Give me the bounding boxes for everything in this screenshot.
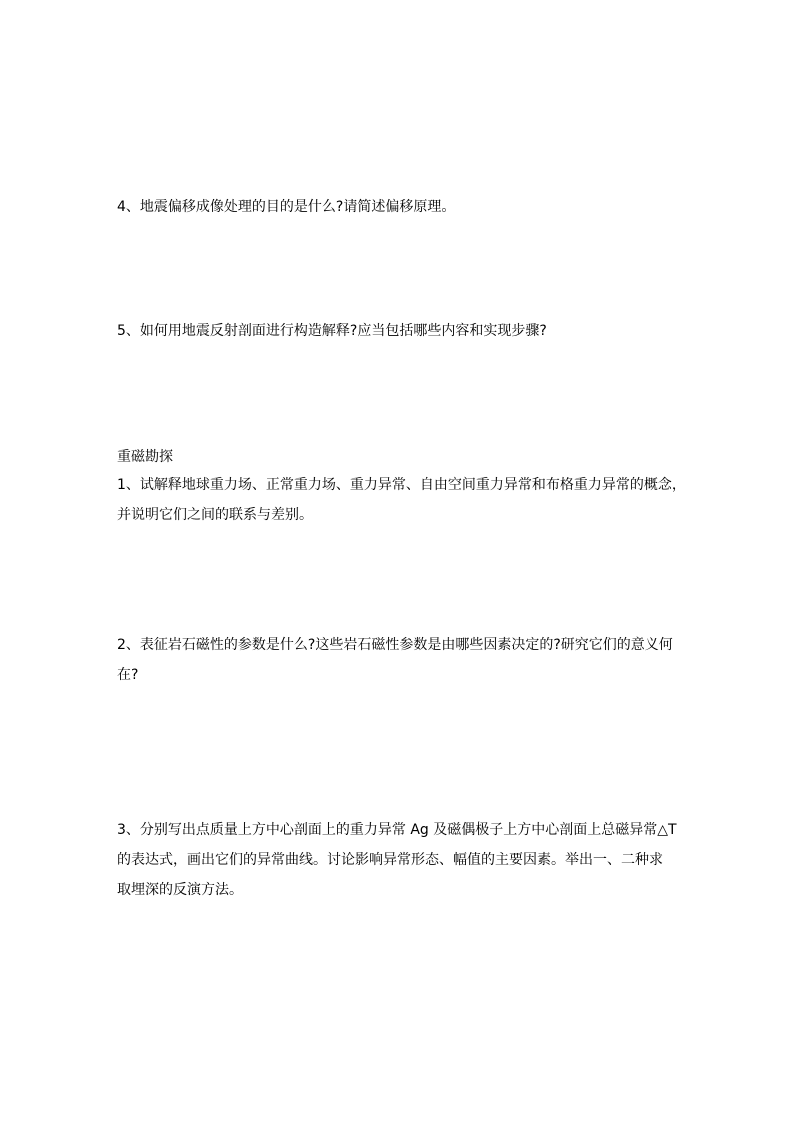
question-4-text: 4、地震偏移成像处理的目的是什么?请简述偏移原理。 xyxy=(117,192,707,222)
question-5-text: 5、如何用地震反射剖面进行构造解释?应当包括哪些内容和实现步骤? xyxy=(117,316,707,346)
section-heading-gravity-magnetic: 重磁勘探 xyxy=(117,442,707,472)
question-2-text-line-2: 在? xyxy=(117,660,707,690)
question-3: 3、分别写出点质量上方中心剖面上的重力异常 Ag 及磁偶极子上方中心剖面上总磁异… xyxy=(117,815,707,905)
question-3-text-line-3: 取埋深的反演方法。 xyxy=(117,875,707,905)
question-4: 4、地震偏移成像处理的目的是什么?请简述偏移原理。 xyxy=(117,192,707,222)
question-1-text-line-1: 1、试解释地球重力场、正常重力场、重力异常、自由空间重力异常和布格重力异常的概念… xyxy=(117,470,707,500)
question-2-text-line-1: 2、表征岩石磁性的参数是什么?这些岩石磁性参数是由哪些因素决定的?研究它们的意义… xyxy=(117,630,707,660)
question-1: 1、试解释地球重力场、正常重力场、重力异常、自由空间重力异常和布格重力异常的概念… xyxy=(117,470,707,530)
question-1-text-line-2: 并说明它们之间的联系与差别。 xyxy=(117,500,707,530)
question-5: 5、如何用地震反射剖面进行构造解释?应当包括哪些内容和实现步骤? xyxy=(117,316,707,346)
section-heading-text: 重磁勘探 xyxy=(117,442,707,472)
question-3-text-line-2: 的表达式，画出它们的异常曲线。讨论影响异常形态、幅值的主要因素。举出一、二种求 xyxy=(117,845,707,875)
document-page: 4、地震偏移成像处理的目的是什么?请简述偏移原理。 5、如何用地震反射剖面进行构… xyxy=(0,0,794,1123)
question-3-text-line-1: 3、分别写出点质量上方中心剖面上的重力异常 Ag 及磁偶极子上方中心剖面上总磁异… xyxy=(117,815,707,845)
question-2: 2、表征岩石磁性的参数是什么?这些岩石磁性参数是由哪些因素决定的?研究它们的意义… xyxy=(117,630,707,690)
